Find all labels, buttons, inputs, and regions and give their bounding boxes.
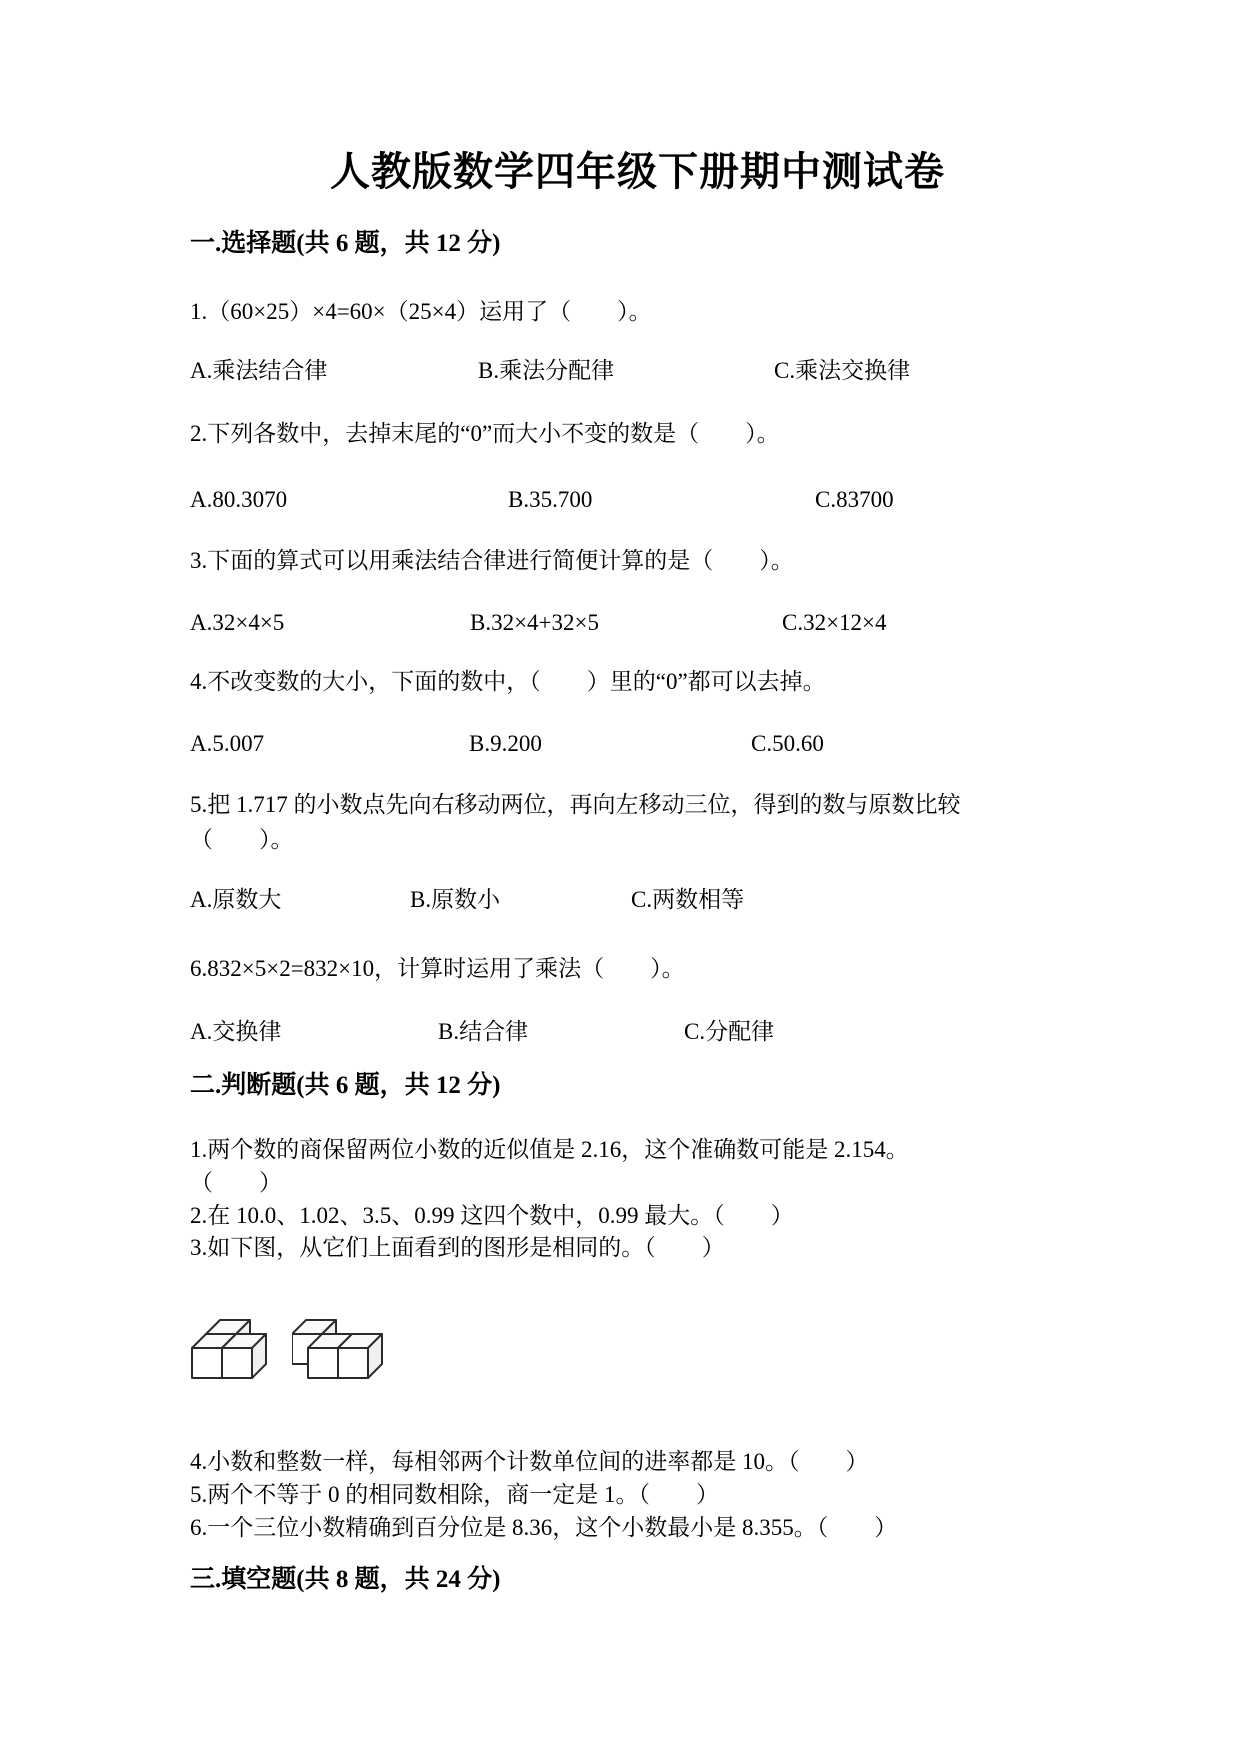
option-a: A.交换律 bbox=[190, 1014, 281, 1049]
option-b: B.结合律 bbox=[438, 1014, 528, 1049]
option-c: C.两数相等 bbox=[631, 882, 744, 917]
judge-text: 2.在 10.0、1.02、3.5、0.99 这四个数中，0.99 最大。（ ） bbox=[190, 1199, 1085, 1232]
question-text: 6.832×5×2=832×10，计算时运用了乘法（ ）。 bbox=[190, 951, 1085, 986]
cube-arrangement-right bbox=[292, 1300, 384, 1380]
judge-text: 3.如下图，从它们上面看到的图形是相同的。（ ） bbox=[190, 1231, 1085, 1264]
choice-question-4: 4.不改变数的大小，下面的数中，（ ）里的“0”都可以去掉。 bbox=[190, 664, 1085, 699]
option-c: C.分配律 bbox=[684, 1014, 774, 1049]
option-c: C.83700 bbox=[815, 482, 894, 517]
options-row-2: A.80.3070 B.35.700 C.83700 bbox=[190, 482, 1085, 517]
section-judge-heading: 二.判断题(共 6 题，共 12 分) bbox=[190, 1070, 1085, 1102]
cube-figure bbox=[190, 1298, 1085, 1380]
choice-question-5: 5.把 1.717 的小数点先向右移动两位，再向左移动三位，得到的数与原数比较 … bbox=[190, 787, 1085, 857]
option-b: B.原数小 bbox=[410, 882, 500, 917]
judge-text: 4.小数和整数一样，每相邻两个计数单位间的进率都是 10。（ ） bbox=[190, 1445, 1085, 1478]
question-text: 3.下面的算式可以用乘法结合律进行简便计算的是（ ）。 bbox=[190, 543, 1085, 578]
option-b: B.9.200 bbox=[469, 726, 542, 761]
option-a: A.5.007 bbox=[190, 726, 264, 761]
paper-title: 人教版数学四年级下册期中测试卷 bbox=[190, 144, 1085, 200]
options-row-1: A.乘法结合律 B.乘法分配律 C.乘法交换律 bbox=[190, 353, 1085, 388]
cube-arrangement-left bbox=[190, 1300, 270, 1380]
section-fill-heading: 三.填空题(共 8 题，共 24 分) bbox=[190, 1564, 1085, 1596]
option-a: A.80.3070 bbox=[190, 482, 287, 517]
option-a: A.原数大 bbox=[190, 882, 281, 917]
options-row-4: A.5.007 B.9.200 C.50.60 bbox=[190, 726, 1085, 761]
question-text-wrap: （ ）。 bbox=[190, 822, 1085, 857]
judge-item-2: 2.在 10.0、1.02、3.5、0.99 这四个数中，0.99 最大。（ ） bbox=[190, 1199, 1085, 1232]
judge-item-1: 1.两个数的商保留两位小数的近似值是 2.16，这个准确数可能是 2.154。 … bbox=[190, 1133, 1085, 1199]
question-text: 5.把 1.717 的小数点先向右移动两位，再向左移动三位，得到的数与原数比较 bbox=[190, 787, 1085, 822]
options-row-6: A.交换律 B.结合律 C.分配律 bbox=[190, 1014, 1085, 1049]
question-text: 4.不改变数的大小，下面的数中，（ ）里的“0”都可以去掉。 bbox=[190, 664, 1085, 699]
test-paper-page: 人教版数学四年级下册期中测试卷 一.选择题(共 6 题，共 12 分) 1.（6… bbox=[0, 0, 1241, 1755]
option-a: A.乘法结合律 bbox=[190, 353, 327, 388]
option-b: B.32×4+32×5 bbox=[470, 605, 599, 640]
option-b: B.乘法分配律 bbox=[478, 353, 614, 388]
option-b: B.35.700 bbox=[508, 482, 592, 517]
judge-answer-blank: （ ） bbox=[190, 1166, 1085, 1199]
option-a: A.32×4×5 bbox=[190, 605, 284, 640]
choice-question-1: 1.（60×25）×4=60×（25×4）运用了（ ）。 bbox=[190, 294, 1085, 329]
option-c: C.32×12×4 bbox=[782, 605, 887, 640]
judge-item-6: 6.一个三位小数精确到百分位是 8.36，这个小数最小是 8.355。（ ） bbox=[190, 1511, 1085, 1544]
judge-text: 5.两个不等于 0 的相同数相除，商一定是 1。（ ） bbox=[190, 1478, 1085, 1511]
judge-item-5: 5.两个不等于 0 的相同数相除，商一定是 1。（ ） bbox=[190, 1478, 1085, 1511]
choice-question-3: 3.下面的算式可以用乘法结合律进行简便计算的是（ ）。 bbox=[190, 543, 1085, 578]
judge-item-4: 4.小数和整数一样，每相邻两个计数单位间的进率都是 10。（ ） bbox=[190, 1445, 1085, 1478]
options-row-3: A.32×4×5 B.32×4+32×5 C.32×12×4 bbox=[190, 605, 1085, 640]
judge-text: 6.一个三位小数精确到百分位是 8.36，这个小数最小是 8.355。（ ） bbox=[190, 1511, 1085, 1544]
choice-question-2: 2.下列各数中，去掉末尾的“0”而大小不变的数是（ ）。 bbox=[190, 416, 1085, 451]
section-choice-heading: 一.选择题(共 6 题，共 12 分) bbox=[190, 228, 1085, 260]
judge-item-3: 3.如下图，从它们上面看到的图形是相同的。（ ） bbox=[190, 1231, 1085, 1264]
question-text: 2.下列各数中，去掉末尾的“0”而大小不变的数是（ ）。 bbox=[190, 416, 1085, 451]
options-row-5: A.原数大 B.原数小 C.两数相等 bbox=[190, 882, 1085, 917]
option-c: C.50.60 bbox=[751, 726, 824, 761]
question-text: 1.（60×25）×4=60×（25×4）运用了（ ）。 bbox=[190, 294, 1085, 329]
choice-question-6: 6.832×5×2=832×10，计算时运用了乘法（ ）。 bbox=[190, 951, 1085, 986]
judge-text: 1.两个数的商保留两位小数的近似值是 2.16，这个准确数可能是 2.154。 bbox=[190, 1133, 1085, 1166]
option-c: C.乘法交换律 bbox=[774, 353, 910, 388]
